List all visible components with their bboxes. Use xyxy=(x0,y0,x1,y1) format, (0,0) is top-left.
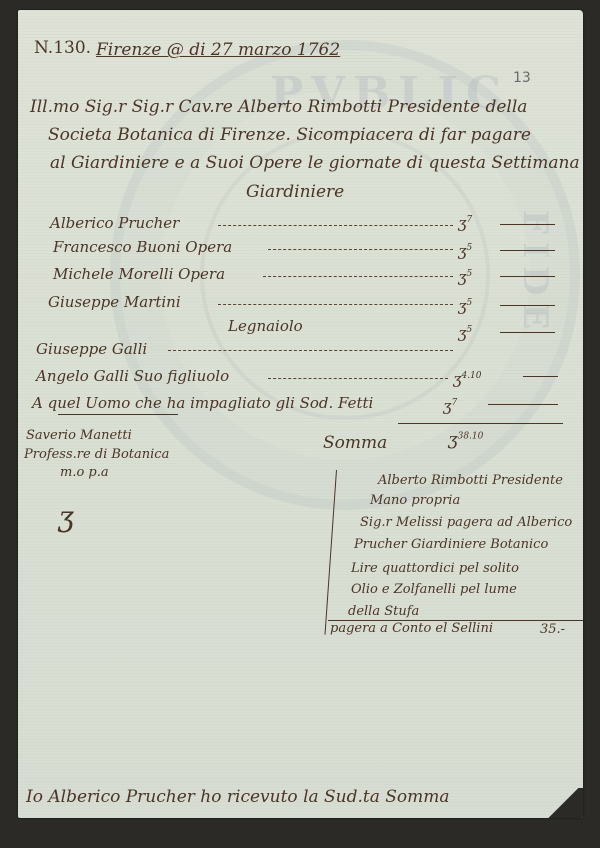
amount-rule xyxy=(500,224,555,225)
approval-mark: ʒ xyxy=(58,500,74,533)
name-underline xyxy=(58,414,178,415)
amount-rule xyxy=(488,404,558,405)
salutation-line-3: al Giardiniere e a Suoi Opere le giornat… xyxy=(50,153,580,173)
approval-line: Prucher Giardiniere Botanico xyxy=(354,537,548,552)
total-label: Somma xyxy=(323,433,387,453)
folio-number: 13 xyxy=(513,70,531,86)
leader-dashes xyxy=(168,350,453,351)
approver-title: Profess.re di Botanica xyxy=(24,447,169,462)
payment-amount: ʒ4.10 xyxy=(453,370,482,388)
section-heading: Giardiniere xyxy=(246,182,344,202)
payee-name: Alberico Prucher xyxy=(50,214,179,232)
salutation-line-2: Societa Botanica di Firenze. Sicompiacer… xyxy=(48,125,531,145)
amount-rule xyxy=(500,276,555,277)
total-rule xyxy=(398,423,563,424)
watermark-inner-ring xyxy=(200,130,490,420)
document-page: PVBLIC FIDE N.130. Firenze @ di 27 marzo… xyxy=(18,10,583,818)
amount-rule xyxy=(523,376,558,377)
leader-dashes xyxy=(263,276,453,277)
payment-amount: ʒ5 xyxy=(458,268,472,286)
approver-name: Saverio Manetti xyxy=(26,428,132,443)
approval-line: Sig.r Melissi pagera ad Alberico xyxy=(360,515,572,530)
payment-amount: ʒ5 xyxy=(458,297,472,315)
leader-dashes xyxy=(268,378,448,379)
payee-name: Michele Morelli Opera xyxy=(53,265,225,283)
payee-name: Giuseppe Galli xyxy=(36,340,147,358)
amount-rule xyxy=(500,305,555,306)
payee-name: A quel Uomo che ha impagliato gli Sod. F… xyxy=(32,394,373,412)
total-amount: ʒ38.10 xyxy=(448,430,483,450)
approval-line: Olio e Zolfanelli pel lume xyxy=(351,582,517,597)
approval-line: Alberto Rimbotti Presidente xyxy=(378,473,563,488)
approval-line: pagera a Conto el Sellini xyxy=(330,621,493,636)
leader-dashes xyxy=(218,225,453,226)
approval-bracket xyxy=(324,470,337,635)
approval-amount: 35.- xyxy=(540,622,565,637)
payment-amount: ʒ5 xyxy=(458,242,472,260)
payment-amount: ʒ7 xyxy=(443,397,457,415)
salutation-line-1: Ill.mo Sig.r Sig.r Cav.re Alberto Rimbot… xyxy=(30,97,527,117)
leader-dashes xyxy=(268,249,453,250)
approval-line: Mano propria xyxy=(370,493,460,508)
payee-sublabel: Legnaiolo xyxy=(228,317,303,335)
approver-note: m.o p.a xyxy=(60,465,109,480)
receipt-text: Io Alberico Prucher ho ricevuto la Sud.t… xyxy=(26,787,450,807)
payee-name: Francesco Buoni Opera xyxy=(53,238,232,256)
payee-name: Giuseppe Martini xyxy=(48,293,181,311)
amount-rule xyxy=(500,250,555,251)
leader-dashes xyxy=(218,304,453,305)
place-date: Firenze @ di 27 marzo 1762 xyxy=(96,40,340,60)
approval-line: Lire quattordici pel solito xyxy=(351,561,519,576)
approval-line: della Stufa xyxy=(348,604,419,619)
payee-name: Angelo Galli Suo figliuolo xyxy=(36,367,229,385)
amount-rule xyxy=(500,332,555,333)
payment-amount: ʒ7 xyxy=(458,214,472,232)
watermark-text-right: FIDE xyxy=(515,210,555,337)
payment-amount: ʒ5 xyxy=(458,324,472,342)
document-number: N.130. xyxy=(34,38,91,58)
